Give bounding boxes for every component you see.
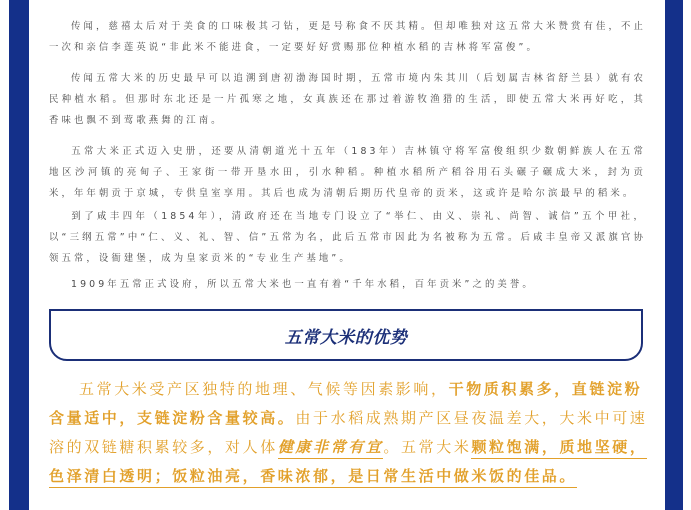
paragraph-cixi: 传闻，慈禧太后对于美食的口味极其刁钻，更是号称食不厌其精。但却唯独对这五常大米赞…	[49, 16, 646, 58]
left-frame-bar	[9, 0, 29, 510]
paragraph-text: 到了咸丰四年（1854年），清政府还在当地专门设立了“举仁、由义、崇礼、尚智、诚…	[49, 211, 646, 264]
section-title: 五常大米的优势	[285, 323, 408, 348]
advantages-paragraph: 五常大米受产区独特的地理、气候等因素影响，干物质积累多，直链淀粉含量适中，支链淀…	[49, 375, 649, 491]
section-heading-box: 五常大米的优势	[49, 309, 643, 361]
adv-seg-4: 。五常大米	[383, 438, 471, 456]
adv-seg-3: 健康非常有宜	[278, 438, 384, 459]
right-frame-bar	[665, 0, 683, 510]
paragraph-text: 传闻，慈禧太后对于美食的口味极其刁钻，更是号称食不厌其精。但却唯独对这五常大米赞…	[49, 21, 646, 53]
paragraph-text: 传闻五常大米的历史最早可以追溯到唐初渤海国时期，五常市境内朱其川（后划属吉林省舒…	[49, 73, 646, 126]
paragraph-text: 五常大米正式迈入史册，还要从清朝道光十五年（183年）吉林镇守将军富俊组织少数朝…	[49, 146, 646, 199]
paragraph-1909: 1909年五常正式设府，所以五常大米也一直有着“千年水稻，百年贡米”之的美誉。	[49, 274, 646, 295]
paragraph-qing: 五常大米正式迈入史册，还要从清朝道光十五年（183年）吉林镇守将军富俊组织少数朝…	[49, 141, 646, 204]
paragraph-xianfeng: 到了咸丰四年（1854年），清政府还在当地专门设立了“举仁、由义、崇礼、尚智、诚…	[49, 206, 646, 269]
paragraph-history: 传闻五常大米的历史最早可以追溯到唐初渤海国时期，五常市境内朱其川（后划属吉林省舒…	[49, 68, 646, 131]
paragraph-text: 1909年五常正式设府，所以五常大米也一直有着“千年水稻，百年贡米”之的美誉。	[71, 279, 535, 290]
adv-seg-0: 五常大米受产区独特的地理、气候等因素影响，	[79, 380, 449, 398]
